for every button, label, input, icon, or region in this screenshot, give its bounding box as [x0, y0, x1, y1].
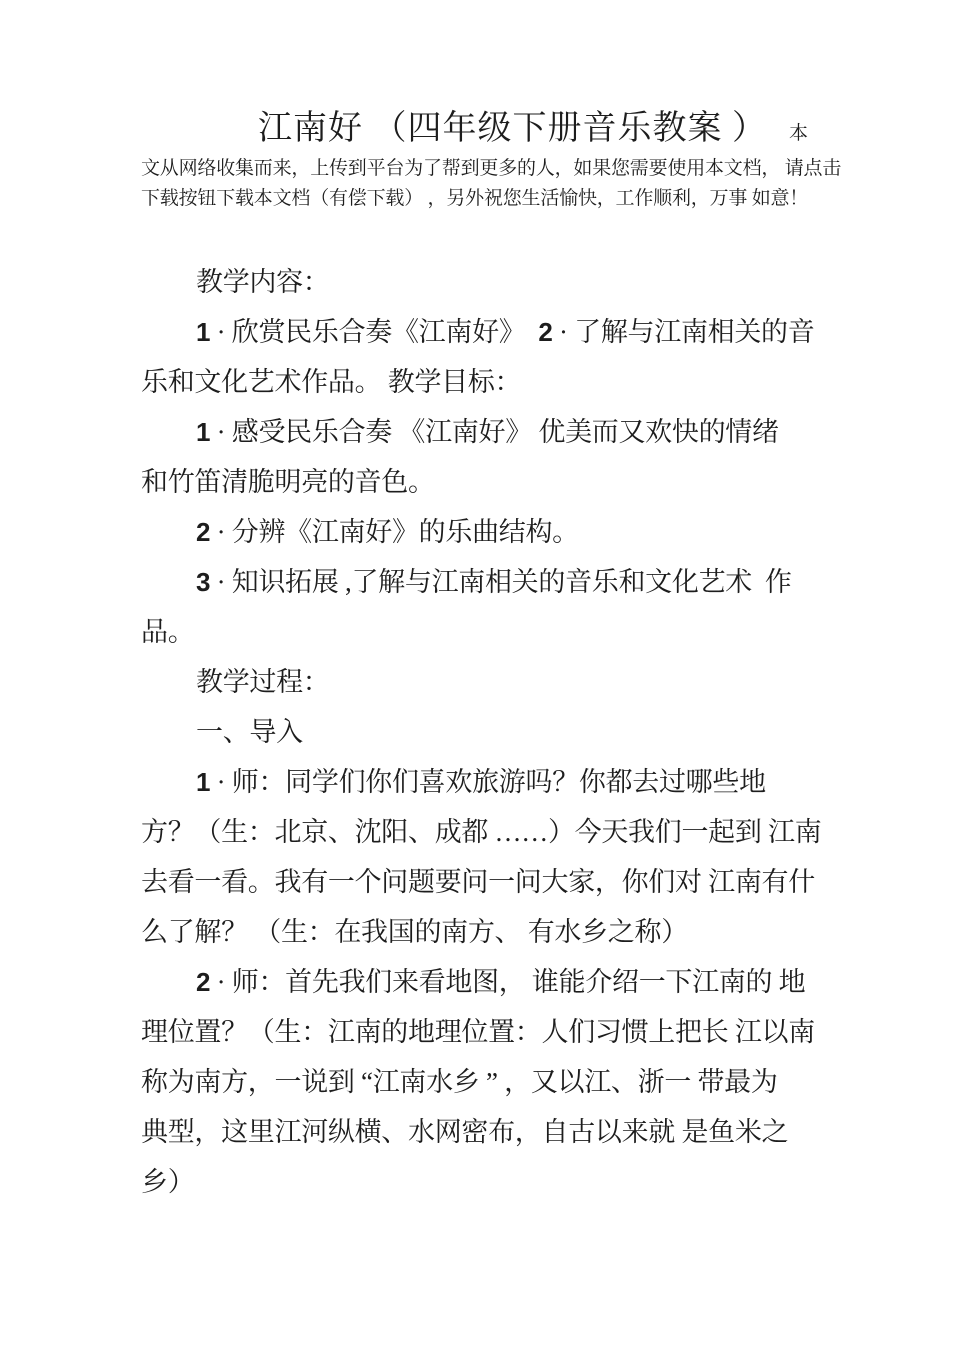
document-title: 江南好 （四年级下册音乐教案 ） [258, 110, 767, 147]
line-text: 理位置？（生：江南的地理位置：人们习惯上把长 江以南 [141, 1017, 815, 1047]
body-line: 教学内容： [141, 257, 841, 307]
body-line: 一、导入 [141, 707, 841, 757]
body-line: 3 · 知识拓展 ,了解与江南相关的音乐和文化艺术 作 [141, 557, 841, 607]
line-text: 一、导入 [196, 717, 303, 747]
line-text: · 感受民乐合奏 《江南好》 优美而又欢快的情绪 [210, 417, 779, 447]
body-line: 理位置？（生：江南的地理位置：人们习惯上把长 江以南 [141, 1007, 841, 1057]
list-number: 1 [196, 767, 210, 797]
line-text: 称为南方，一说到 “江南水乡 ” ，又以江、浙一 带最为 [141, 1067, 778, 1097]
body-line: 品。 [141, 607, 841, 657]
line-text: 教学内容： [196, 267, 330, 297]
line-text: 乡） [141, 1167, 194, 1197]
body-line: 2 · 分辨《江南好》的乐曲结构。 [141, 507, 841, 557]
disclaimer-line-2: 下载按钮下载本文档（有偿下载） ，另外祝您生活愉快，工作顺利，万事 如意！ [141, 184, 831, 214]
body-line: 1 · 师：同学们你们喜欢旅游吗？你都去过哪些地 [141, 757, 841, 807]
disclaimer-line-1: 文从网络收集而来，上传到平台为了帮到更多的人，如果您需要使用本文档， 请点击 [141, 154, 831, 184]
line-text: 典型，这里江河纵横、水网密布，自古以来就 是鱼米之 [141, 1117, 788, 1147]
line-text: · 知识拓展 ,了解与江南相关的音乐和文化艺术 作 [210, 567, 791, 597]
title-line: 江南好 （四年级下册音乐教案 ）本 [141, 104, 831, 154]
document-page: 江南好 （四年级下册音乐教案 ）本 文从网络收集而来，上传到平台为了帮到更多的人… [0, 0, 956, 1353]
line-text: 么了解？ （生：在我国的南方、 有水乡之称） [141, 917, 688, 947]
line-text: 乐和文化艺术作品。 教学目标： [141, 367, 521, 397]
line-text: · 分辨《江南好》的乐曲结构。 [210, 517, 579, 547]
list-number: 1 [196, 317, 210, 347]
body-line: 和竹笛清脆明亮的音色。 [141, 457, 841, 507]
line-text: · 师：同学们你们喜欢旅游吗？你都去过哪些地 [210, 767, 766, 797]
line-text: 和竹笛清脆明亮的音色。 [141, 467, 435, 497]
list-number: 2 [196, 517, 210, 547]
line-text: · 师：首先我们来看地图， 谁能介绍一下江南的 地 [210, 967, 805, 997]
body-line: 方？（生：北京、沈阳、成都 ……）今天我们一起到 江南 [141, 807, 841, 857]
line-text: 去看一看。我有一个问题要问一问大家，你们对 江南有什 [141, 867, 815, 897]
list-number: 2 [196, 967, 210, 997]
line-text: 教学过程： [196, 667, 330, 697]
line-text: 方？（生：北京、沈阳、成都 ……）今天我们一起到 江南 [141, 817, 821, 847]
body-line: 典型，这里江河纵横、水网密布，自古以来就 是鱼米之 [141, 1107, 841, 1157]
list-number: 2 [538, 317, 552, 347]
line-text: · 了解与江南相关的音 [553, 317, 815, 347]
list-number: 1 [196, 417, 210, 447]
body-line: 乐和文化艺术作品。 教学目标： [141, 357, 841, 407]
body-line: 2 · 师：首先我们来看地图， 谁能介绍一下江南的 地 [141, 957, 841, 1007]
list-number: 3 [196, 567, 210, 597]
body-line: 称为南方，一说到 “江南水乡 ” ，又以江、浙一 带最为 [141, 1057, 841, 1107]
disclaimer-start: 本 [789, 123, 808, 144]
line-text: 品。 [141, 617, 194, 647]
body-line: 么了解？ （生：在我国的南方、 有水乡之称） [141, 907, 841, 957]
body-line: 去看一看。我有一个问题要问一问大家，你们对 江南有什 [141, 857, 841, 907]
body-line: 乡） [141, 1157, 841, 1207]
body-line: 教学过程： [141, 657, 841, 707]
document-body: 教学内容： 1 · 欣赏民乐合奏《江南好》 2 · 了解与江南相关的音 乐和文化… [141, 257, 841, 1207]
line-text: · 欣赏民乐合奏《江南好》 [210, 317, 538, 347]
body-line: 1 · 欣赏民乐合奏《江南好》 2 · 了解与江南相关的音 [141, 307, 841, 357]
body-line: 1 · 感受民乐合奏 《江南好》 优美而又欢快的情绪 [141, 407, 841, 457]
document-header: 江南好 （四年级下册音乐教案 ）本 文从网络收集而来，上传到平台为了帮到更多的人… [141, 104, 831, 214]
